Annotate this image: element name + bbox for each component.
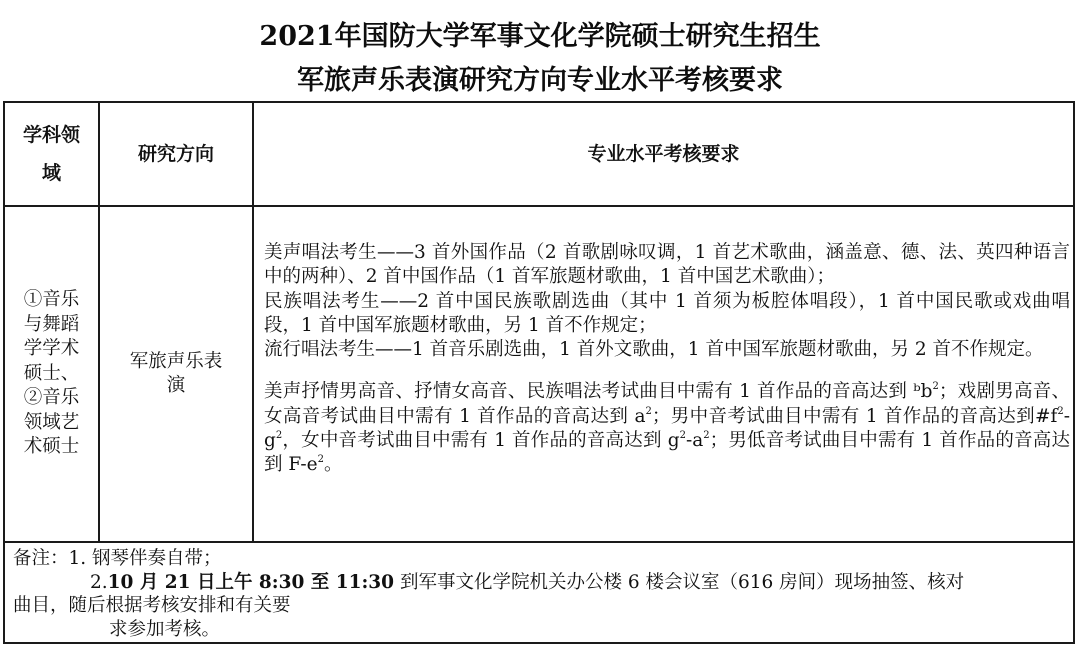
note-schedule-time: 10 月 21 日上午 8:30 至 11:30 <box>108 572 394 593</box>
research-direction-cell: 军旅声乐表 演 <box>100 207 252 541</box>
header-requirements: 专业水平考核要求 <box>254 103 1073 205</box>
subject-field-cell: ①音乐 与舞蹈 学学术 硕士、 ②音乐 领域艺 术硕士 <box>5 207 98 541</box>
requirement-pop: 流行唱法考生——1 首音乐剧选曲，1 首外文歌曲，1 首中国军旅题材歌曲，另 2… <box>264 338 1070 362</box>
requirement-bel-canto: 美声唱法考生——3 首外国作品（2 首歌剧咏叹调，1 首艺术歌曲，涵盖意、德、法… <box>264 241 1070 290</box>
note-item-2-line2: 曲目，随后根据考核安排和有关要 <box>13 594 1063 618</box>
document-title-line2: 军旅声乐表演研究方向专业水平考核要求 <box>0 58 1080 97</box>
notes-section: 备注：1. 钢琴伴奏自带； 2.10 月 21 日上午 8:30 至 11:30… <box>13 547 1063 641</box>
header-subject-field-line2: 域 <box>42 154 61 192</box>
notes-row-divider <box>5 541 1073 543</box>
requirements-cell: 美声唱法考生——3 首外国作品（2 首歌剧咏叹调，1 首艺术歌曲，涵盖意、德、法… <box>264 241 1070 478</box>
note-item-2: 2.10 月 21 日上午 8:30 至 11:30 到军事文化学院机关办公楼 … <box>13 571 1063 595</box>
header-subject-field-line1: 学科领 <box>23 116 80 154</box>
note-item-1: 备注：1. 钢琴伴奏自带； <box>13 547 1063 571</box>
notes-label: 备注： <box>13 548 69 569</box>
note-item-2-line3: 求参加考核。 <box>13 618 1063 642</box>
header-subject-field: 学科领 域 <box>5 103 98 205</box>
requirements-table: 学科领 域 研究方向 专业水平考核要求 ①音乐 与舞蹈 学学术 硕士、 ②音乐 … <box>3 101 1075 644</box>
requirement-folk: 民族唱法考生——2 首中国民族歌剧选曲（其中 1 首须为板腔体唱段），1 首中国… <box>264 290 1070 339</box>
requirement-pitch-ranges: 美声抒情男高音、抒情女高音、民族唱法考试曲目中需有 1 首作品的音高达到 ᵇb2… <box>264 380 1070 477</box>
document-title-line1: 2021年国防大学军事文化学院硕士研究生招生 <box>0 14 1080 53</box>
header-research-direction: 研究方向 <box>100 103 252 205</box>
